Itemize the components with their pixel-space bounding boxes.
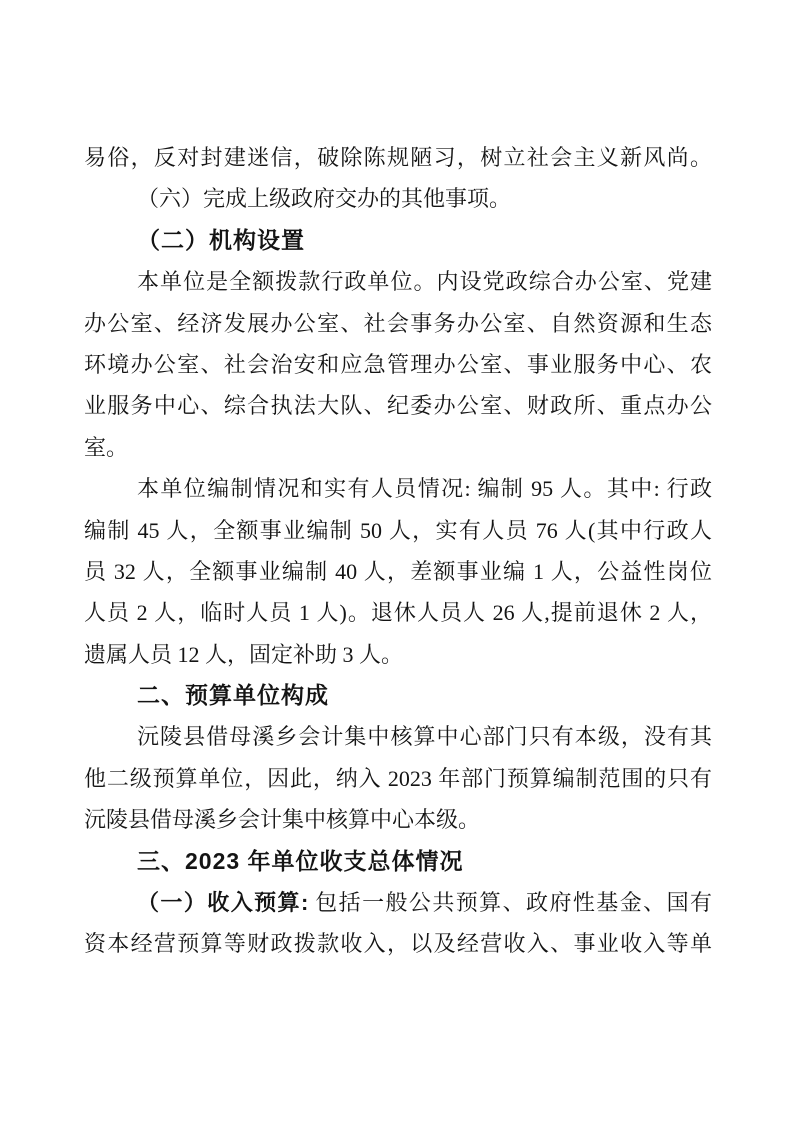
section-heading: （二）机构设置: [84, 220, 712, 261]
text-run: 本单位编制情况和实有人员情况: 编制 95 人。其中: 行政: [137, 476, 712, 501]
text-line: 沅陵县借母溪乡会计集中核算中心部门只有本级，没有其: [84, 716, 712, 757]
text-run: 遗属人员 12 人，固定补助 3 人。: [84, 642, 403, 667]
text-run: 易俗，反对封建迷信，破除陈规陋习，树立社会主义新风尚。: [84, 145, 712, 170]
text-line: 业服务中心、综合执法大队、纪委办公室、财政所、重点办公: [84, 385, 712, 426]
document-page: 易俗，反对封建迷信，破除陈规陋习，树立社会主义新风尚。（六）完成上级政府交办的其…: [0, 0, 793, 1122]
text-line: （一）收入预算: 包括一般公共预算、政府性基金、国有: [84, 882, 712, 923]
text-line: 沅陵县借母溪乡会计集中核算中心本级。: [84, 799, 712, 840]
text-line: （六）完成上级政府交办的其他事项。: [84, 178, 712, 219]
text-run: 沅陵县借母溪乡会计集中核算中心本级。: [84, 807, 480, 832]
text-run: 包括一般公共预算、政府性基金、国有: [308, 890, 712, 915]
text-line: 办公室、经济发展办公室、社会事务办公室、自然资源和生态: [84, 303, 712, 344]
text-line: 编制 45 人，全额事业编制 50 人，实有人员 76 人(其中行政人: [84, 510, 712, 551]
text-line: 资本经营预算等财政拨款收入，以及经营收入、事业收入等单: [84, 923, 712, 964]
text-line: 员 32 人，全额事业编制 40 人，差额事业编 1 人，公益性岗位: [84, 551, 712, 592]
text-run: 他二级预算单位，因此，纳入 2023 年部门预算编制范围的只有: [84, 766, 712, 791]
bold-text-run: （一）收入预算:: [137, 890, 308, 915]
section-heading: 三、2023 年单位收支总体情况: [84, 841, 712, 882]
text-line: 易俗，反对封建迷信，破除陈规陋习，树立社会主义新风尚。: [84, 137, 712, 178]
text-run: 三、2023 年单位收支总体情况: [137, 848, 464, 874]
text-run: （六）完成上级政府交办的其他事项。: [137, 186, 511, 211]
text-run: 环境办公室、社会治安和应急管理办公室、事业服务中心、农: [84, 352, 712, 377]
section-heading: 二、预算单位构成: [84, 675, 712, 716]
text-run: 员 32 人，全额事业编制 40 人，差额事业编 1 人，公益性岗位: [84, 559, 712, 584]
text-run: 室。: [84, 435, 128, 460]
text-run: 人员 2 人，临时人员 1 人)。退休人员人 26 人,提前退休 2 人，: [84, 600, 712, 625]
text-line: 遗属人员 12 人，固定补助 3 人。: [84, 634, 712, 675]
text-run: 业服务中心、综合执法大队、纪委办公室、财政所、重点办公: [84, 393, 712, 418]
text-run: 办公室、经济发展办公室、社会事务办公室、自然资源和生态: [84, 311, 712, 336]
text-line: 他二级预算单位，因此，纳入 2023 年部门预算编制范围的只有: [84, 758, 712, 799]
text-line: 环境办公室、社会治安和应急管理办公室、事业服务中心、农: [84, 344, 712, 385]
text-run: （二）机构设置: [137, 227, 305, 253]
text-run: 沅陵县借母溪乡会计集中核算中心部门只有本级，没有其: [137, 724, 712, 749]
text-run: 资本经营预算等财政拨款收入，以及经营收入、事业收入等单: [84, 931, 712, 956]
text-line: 本单位编制情况和实有人员情况: 编制 95 人。其中: 行政: [84, 468, 712, 509]
text-run: 二、预算单位构成: [137, 682, 329, 708]
text-run: 本单位是全额拨款行政单位。内设党政综合办公室、党建: [137, 269, 712, 294]
text-line: 室。: [84, 427, 712, 468]
text-line: 本单位是全额拨款行政单位。内设党政综合办公室、党建: [84, 261, 712, 302]
document-text-block: 易俗，反对封建迷信，破除陈规陋习，树立社会主义新风尚。（六）完成上级政府交办的其…: [84, 137, 712, 965]
text-run: 编制 45 人，全额事业编制 50 人，实有人员 76 人(其中行政人: [84, 518, 712, 543]
text-line: 人员 2 人，临时人员 1 人)。退休人员人 26 人,提前退休 2 人，: [84, 592, 712, 633]
